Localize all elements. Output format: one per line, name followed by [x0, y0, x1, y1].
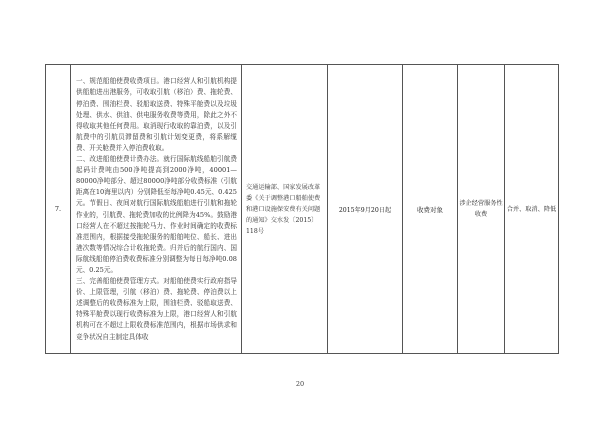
- adjustment-content-cell: 一、规范船舶使费收费项目。港口经营人和引航机构提供船舶进出港服务，可收取引航（移…: [71, 65, 242, 354]
- fee-target-cell: 收费对象: [403, 65, 458, 354]
- content-paragraph-3: 三、完善船舶使费管理方式。对船舶使费实行政府指导价、上限管理，引航（移泊）费、拖…: [76, 276, 237, 343]
- policy-basis-text: 交通运输部、国家发展改革委《关于调整港口船舶使费和港口设施保安费有关问题的通知》…: [242, 182, 327, 237]
- adjustment-action-cell: 合并、取消、降低: [505, 65, 559, 354]
- content-paragraph-2: 二、改进船舶使费计费办法。就行国际航线船舶引航费起码计费吨由500净吨提高到20…: [76, 154, 237, 276]
- effective-date-cell: 2015年9月20日起: [328, 65, 403, 354]
- content-paragraph-1: 一、规范船舶使费收费项目。港口经营人和引航机构提供船舶进出港服务，可收取引航（移…: [76, 76, 237, 154]
- fee-nature-cell: 涉企经营服务性收费: [458, 65, 505, 354]
- policy-basis-cell: 交通运输部、国家发展改革委《关于调整港口船舶使费和港口设施保安费有关问题的通知》…: [242, 65, 328, 354]
- table-row: 7. 一、规范船舶使费收费项目。港口经营人和引航机构提供船舶进出港服务，可收取引…: [46, 65, 559, 354]
- page-number: 20: [0, 380, 600, 388]
- row-number: 7.: [46, 65, 71, 354]
- fee-adjustment-table: 7. 一、规范船舶使费收费项目。港口经营人和引航机构提供船舶进出港服务，可收取引…: [45, 64, 559, 354]
